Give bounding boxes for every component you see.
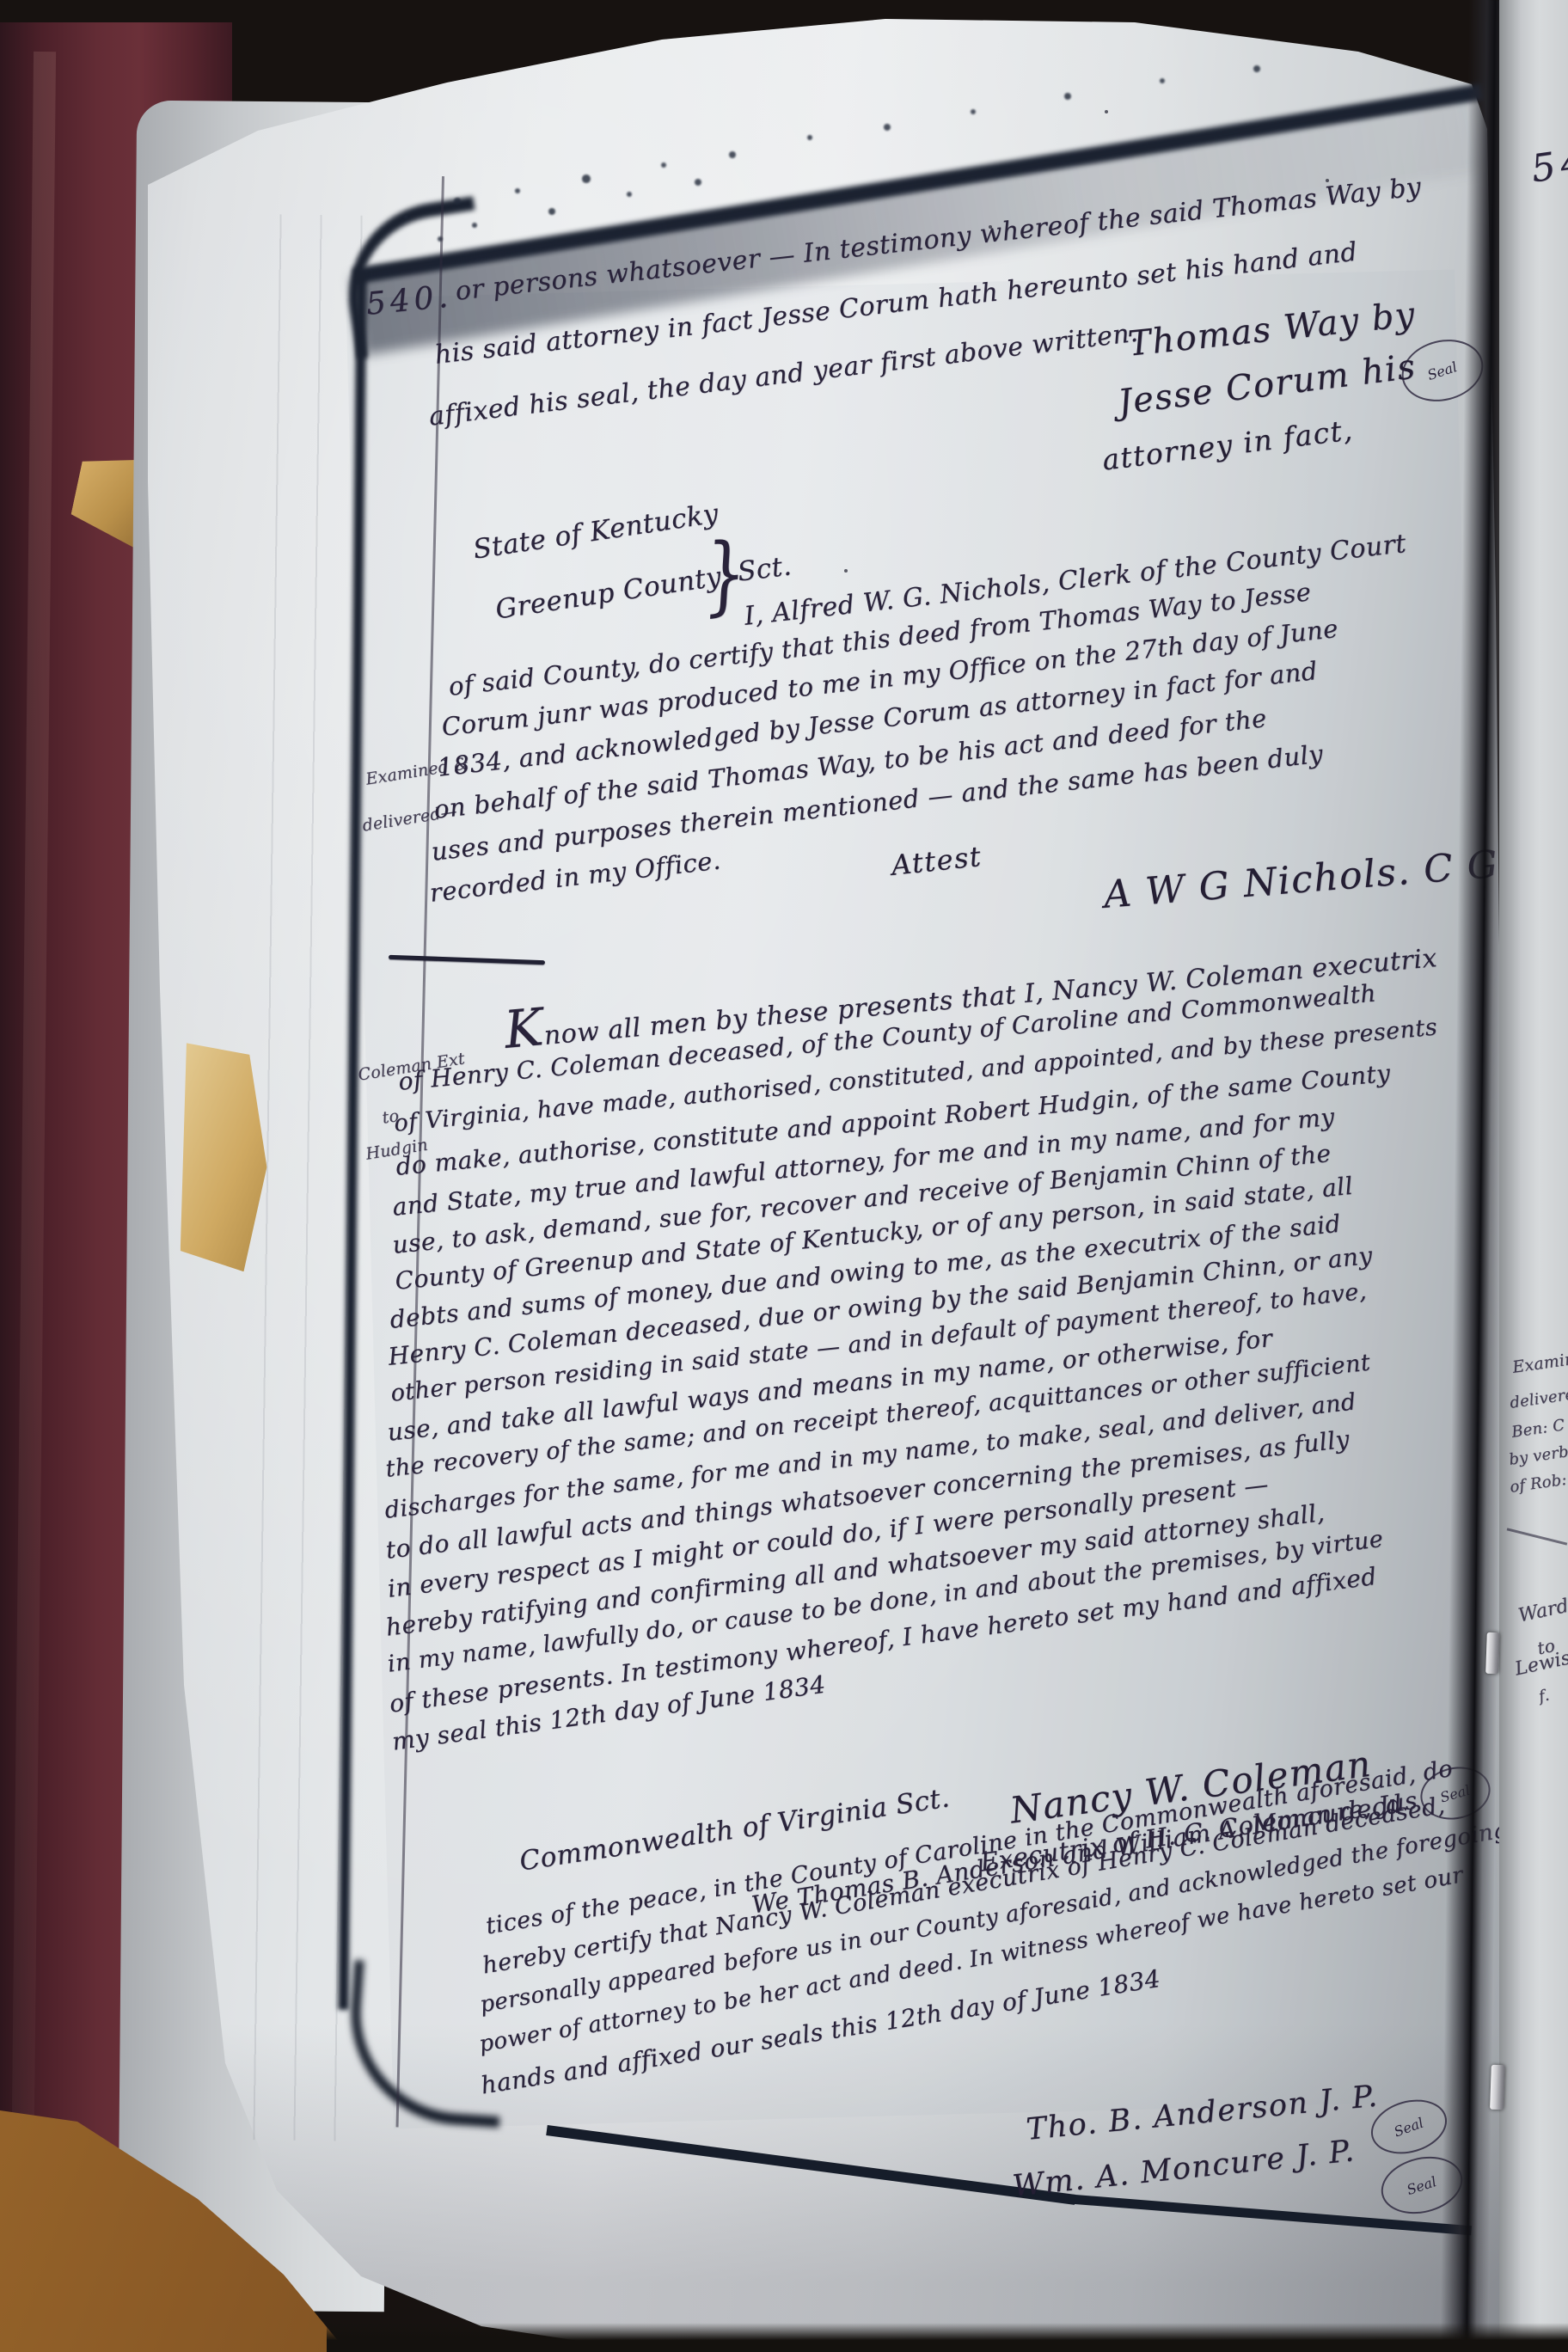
seal-text: Seal xyxy=(1392,2114,1425,2140)
seal-text: Seal xyxy=(1405,2173,1438,2198)
binding-post-metal xyxy=(1485,1632,1500,1674)
ink-dot xyxy=(1105,110,1108,113)
right-page-number-partial: 54 xyxy=(1528,140,1568,192)
ink-dot xyxy=(844,569,848,573)
right-page-sliver xyxy=(1499,0,1568,2352)
venue-sct: Sct. xyxy=(736,550,793,587)
toner-speckle xyxy=(404,215,407,218)
photo-of-deed-book: 540. or persons whatsoever — In testimon… xyxy=(0,0,1568,2352)
seal-text: Seal xyxy=(1425,358,1459,383)
bottom-shadow xyxy=(327,2323,1568,2352)
binding-post-metal xyxy=(1490,2065,1505,2110)
